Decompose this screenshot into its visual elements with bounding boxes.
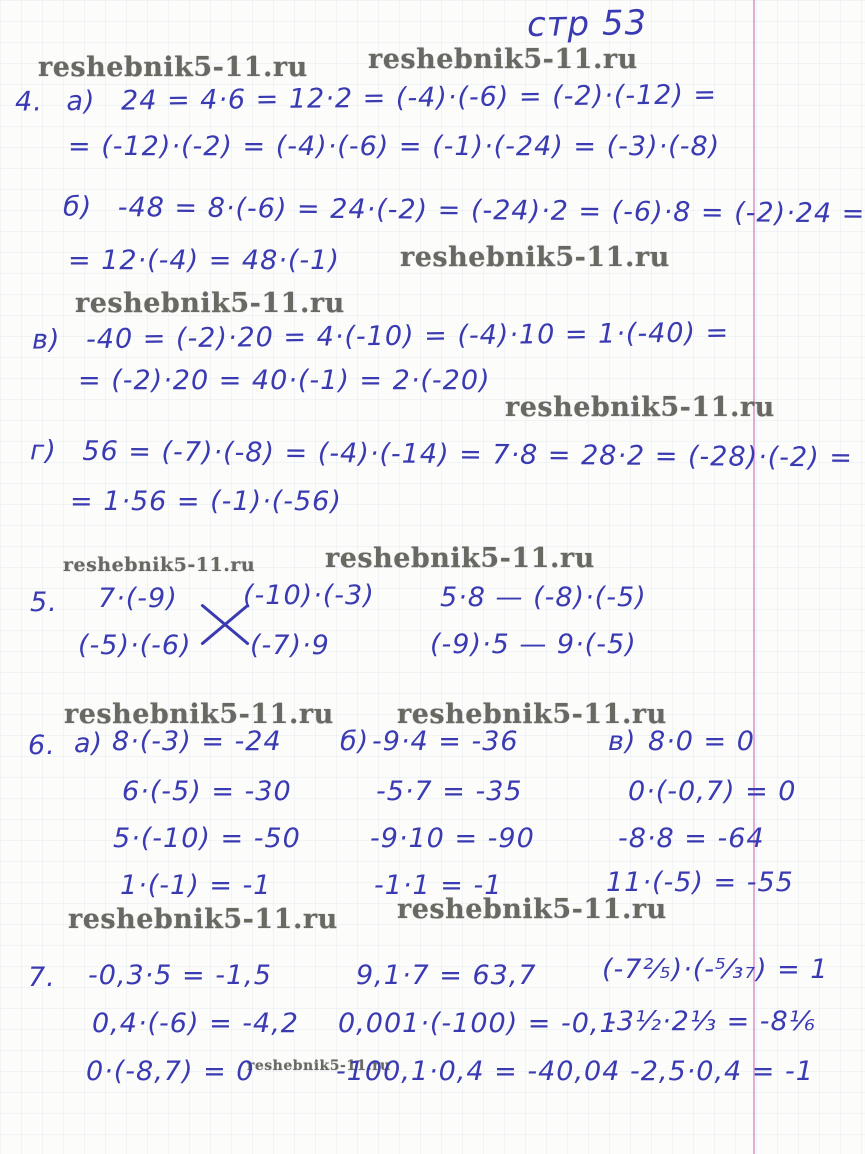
problem-6-col-v-row-3: -8·8 = -64: [618, 824, 765, 854]
equation: 24 = 4·6 = 12·2 = (-4)·(-6) = (-2)·(-12)…: [121, 79, 717, 116]
problem-5-number: 5.: [30, 588, 58, 618]
problem-4-item-g-line-2: = 1·56 = (-1)·(-56): [70, 487, 342, 517]
problem-6-col-b-row-2: -5·7 = -35: [376, 777, 523, 807]
watermark: reshebnik5-11.ru: [75, 288, 345, 319]
watermark: reshebnik5-11.ru: [38, 52, 308, 83]
problem-5-pair-top-right: (-10)·(-3): [243, 581, 375, 611]
problem-5-right-row-1: 5·8 — (-8)·(-5): [440, 583, 647, 613]
problem-7-col-3-row-3: -2,5·0,4 = -1: [630, 1057, 814, 1087]
notebook-page: стр 53 reshebnik5-11.ru reshebnik5-11.ru…: [0, 0, 865, 1154]
x-cross-icon: [196, 596, 254, 654]
equation: 56 = (-7)·(-8) = (-4)·(-14) = 7·8 = 28·2…: [82, 436, 853, 474]
problem-6-number: 6.: [28, 731, 56, 761]
problem-5-pair-top-left: 7·(-9): [98, 584, 178, 614]
problem-7-col-2-row-2: 0,001·(-100) = -0,1: [338, 1009, 618, 1039]
problem-4-item-g-label: г): [30, 435, 57, 466]
problem-6-col-b-row-3: -9·10 = -90: [370, 824, 535, 854]
problem-5-right-row-2: (-9)·5 — 9·(-5): [430, 630, 637, 660]
problem-6-col-a-row-1: 8·(-3) = -24: [112, 727, 282, 757]
problem-6-col-b-label: б): [340, 727, 369, 757]
problem-6-col-a-row-2: 6·(-5) = -30: [122, 777, 292, 807]
problem-4-item-v-label: в): [32, 324, 61, 355]
problem-4-item-v-line-2: = (-2)·20 = 40·(-1) = 2·(-20): [78, 366, 491, 396]
watermark: reshebnik5-11.ru: [505, 392, 775, 423]
watermark: reshebnik5-11.ru: [63, 554, 255, 576]
problem-4-item-a-line-1: 4. а) 24 = 4·6 = 12·2 = (-4)·(-6) = (-2)…: [15, 80, 717, 117]
problem-4-item-a-line-2: = (-12)·(-2) = (-4)·(-6) = (-1)·(-24) = …: [68, 132, 720, 162]
problem-6-col-a-row-3: 5·(-10) = -50: [113, 824, 301, 854]
problem-7-col-1-row-2: 0,4·(-6) = -4,2: [92, 1009, 299, 1039]
problem-6-col-v-row-2: 0·(-0,7) = 0: [628, 777, 796, 807]
page-number: стр 53: [527, 5, 648, 44]
problem-6-col-v-row-4: 11·(-5) = -55: [606, 868, 794, 898]
problem-7-col-2-row-3: -100,1·0,4 = -40,04: [336, 1057, 620, 1087]
problem-7-col-3-row-2: -3½·2⅓ = -8⅙: [606, 1007, 816, 1037]
problem-6-col-a-row-4: 1·(-1) = -1: [120, 871, 271, 901]
problem-6-col-v-row-1: 8·0 = 0: [648, 727, 755, 757]
problem-6-col-b-row-4: -1·1 = -1: [374, 871, 502, 901]
problem-7-col-3-row-1: (-7²⁄₅)·(-⁵⁄₃₇) = 1: [602, 955, 828, 985]
watermark: reshebnik5-11.ru: [368, 44, 638, 75]
equation: -40 = (-2)·20 = 4·(-10) = (-4)·10 = 1·(-…: [86, 317, 729, 355]
problem-7-col-1-row-3: 0·(-8,7) = 0: [86, 1057, 254, 1087]
problem-4-item-g-line-1: г) 56 = (-7)·(-8) = (-4)·(-14) = 7·8 = 2…: [30, 436, 853, 473]
problem-6-col-v-label: в): [608, 727, 636, 757]
watermark: reshebnik5-11.ru: [68, 904, 338, 935]
problem-4-item-a-label: а): [66, 86, 95, 117]
problem-5-pair-bottom-left: (-5)·(-6): [78, 631, 192, 661]
problem-4-number: 4.: [15, 86, 43, 117]
watermark: reshebnik5-11.ru: [325, 543, 595, 574]
problem-4-item-v-line-1: в) -40 = (-2)·20 = 4·(-10) = (-4)·10 = 1…: [32, 318, 729, 355]
problem-5-pair-bottom-right: (-7)·9: [250, 631, 330, 661]
problem-6-col-b-row-1: -9·4 = -36: [372, 727, 519, 757]
problem-4-item-b-label: б): [63, 191, 92, 222]
watermark: reshebnik5-11.ru: [400, 242, 670, 273]
problem-7-col-1-row-1: -0,3·5 = -1,5: [88, 961, 272, 991]
problem-6-col-a-label: а): [74, 729, 103, 759]
problem-4-item-b-line-1: б) -48 = 8·(-6) = 24·(-2) = (-24)·2 = (-…: [63, 192, 865, 229]
problem-7-col-2-row-1: 9,1·7 = 63,7: [356, 961, 537, 991]
equation: -48 = 8·(-6) = 24·(-2) = (-24)·2 = (-6)·…: [118, 192, 865, 230]
problem-4-item-b-line-2: = 12·(-4) = 48·(-1): [68, 246, 340, 276]
problem-7-number: 7.: [28, 963, 56, 993]
